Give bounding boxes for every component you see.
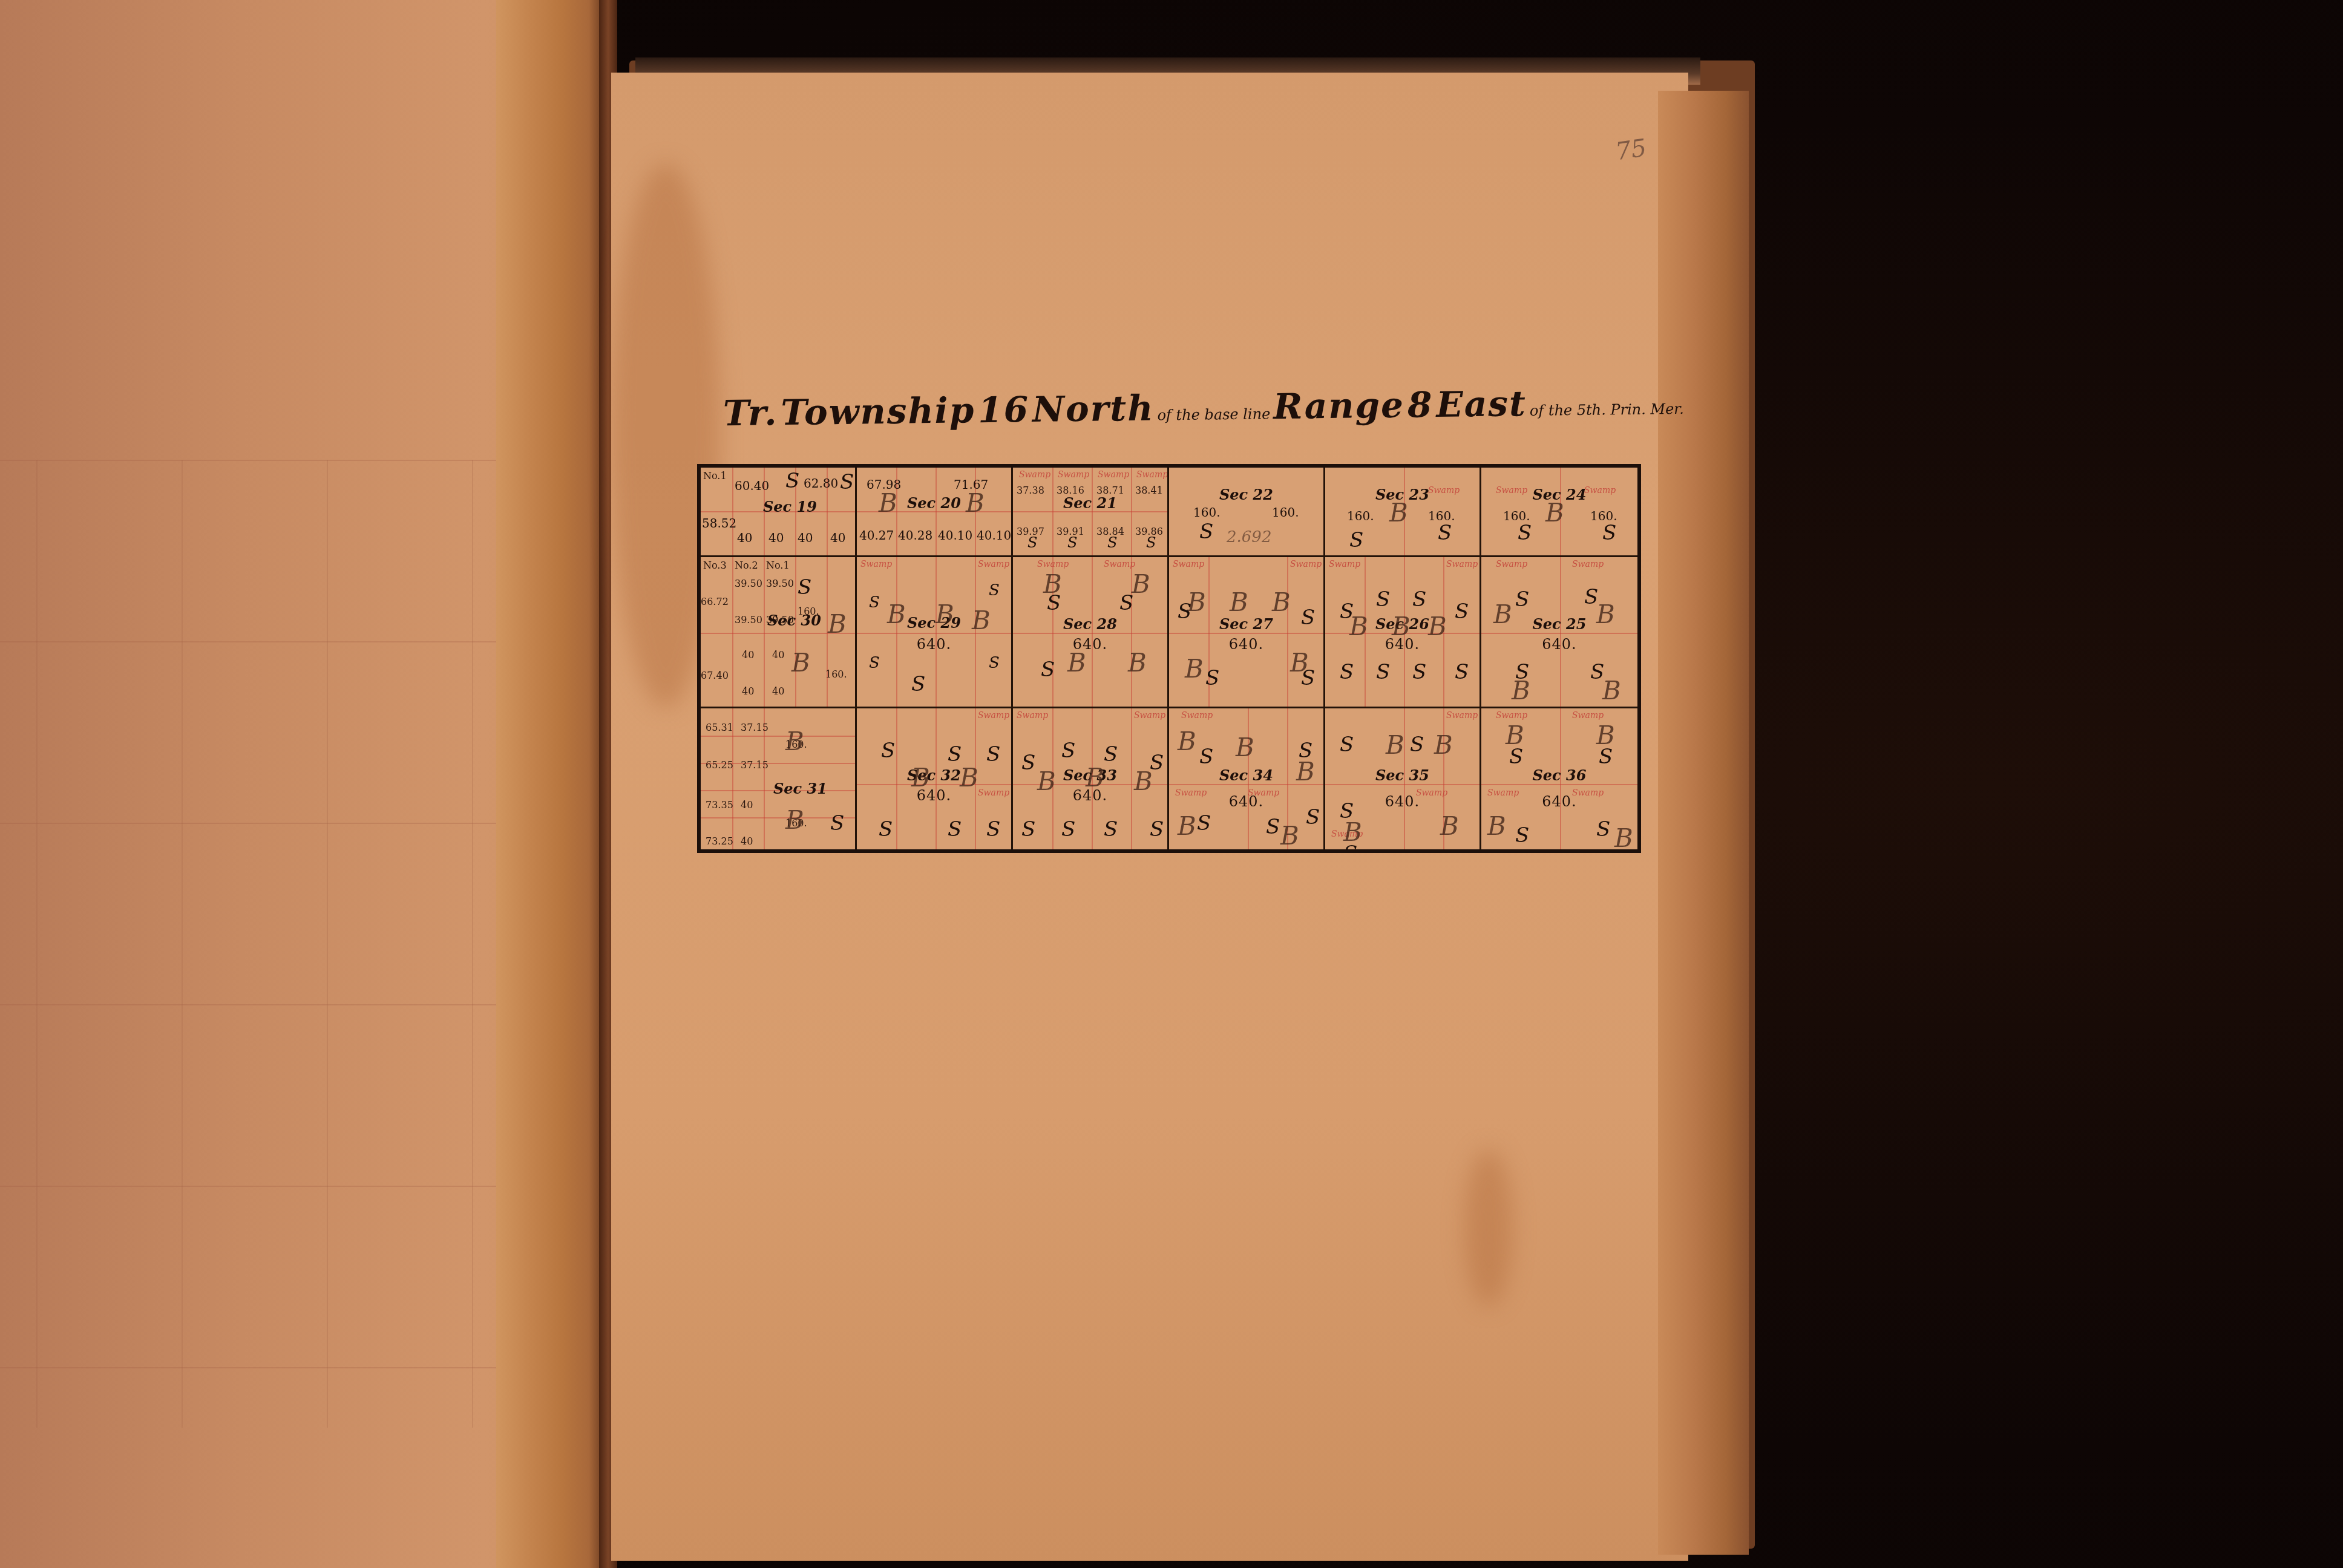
lot-label: No.1 [766, 560, 790, 571]
title-range-number: 8 [1407, 384, 1434, 426]
b-mark-icon: B [887, 599, 906, 629]
s-mark-icon: S [1518, 521, 1532, 545]
lot-acres: 37.15 [741, 722, 768, 733]
swamp-label: Swamp [1572, 711, 1604, 720]
lot-acres: 39.50 [735, 578, 762, 589]
b-mark-icon: B [1178, 727, 1196, 756]
s-mark-icon: S [986, 742, 1000, 766]
b-mark-icon: B [1067, 648, 1086, 678]
s-mark-icon: S [840, 470, 854, 494]
s-mark-icon: S [1178, 599, 1191, 624]
b-mark-icon: B [972, 606, 991, 635]
title-of-base-line: of the base line [1157, 405, 1270, 423]
title-of-meridian: of the 5th. Prin. Mer. [1530, 400, 1684, 419]
b-mark-icon: B [966, 488, 985, 518]
title-township-word: Township [781, 390, 975, 433]
township-plat-grid: No.1 58.52 60.40 62.80 40 40 40 40 Sec 1… [697, 464, 1641, 853]
b-mark-icon: B [1128, 648, 1147, 678]
section-acres: 640. [857, 636, 1011, 653]
section-33: Swamp Swamp Sec 33 640. S S S S B B B S … [1013, 708, 1169, 849]
b-mark-icon: B [911, 763, 930, 792]
b-mark-icon: B [828, 609, 847, 639]
section-27: Swamp Swamp Sec 27 640. B B B S S B S B … [1169, 557, 1325, 708]
swamp-label: Swamp [1428, 486, 1460, 495]
swamp-label: Swamp [1572, 560, 1604, 569]
section-35: Swamp Swamp Swamp Sec 35 640. S B S B S … [1325, 708, 1481, 849]
section-29: Swamp Swamp Sec 29 640. B B B S S S S S [857, 557, 1013, 708]
s-mark-icon: S [986, 817, 1000, 841]
b-mark-icon: B [1392, 612, 1411, 641]
b-mark-icon: B [1236, 733, 1254, 762]
s-mark-icon: S [1199, 520, 1213, 544]
b-mark-icon: B [1545, 498, 1564, 528]
s-mark-icon: S [1455, 660, 1469, 684]
b-mark-icon: B [1512, 676, 1530, 705]
b-mark-icon: B [785, 727, 804, 756]
b-mark-icon: B [1389, 498, 1408, 528]
lot-acres: 40 [742, 685, 754, 697]
swamp-label: Swamp [1017, 711, 1048, 720]
title-east: East [1436, 383, 1527, 425]
title-prefix: Tr. [723, 392, 778, 434]
lot-acres: 39.50 [735, 614, 762, 626]
section-25: Swamp Swamp Sec 25 640. S S B B S S B B [1481, 557, 1637, 708]
lot-label: No.1 [703, 470, 727, 482]
swamp-label: Swamp [1104, 560, 1135, 569]
b-mark-icon: B [879, 488, 897, 518]
section-label: Sec 27 [1169, 615, 1323, 633]
lot-acres: 40 [768, 531, 784, 545]
lot-acres: 160. [825, 668, 847, 680]
b-mark-icon: B [1280, 821, 1299, 849]
s-mark-icon: S [1340, 660, 1354, 684]
lot-acres: 40 [798, 531, 813, 545]
s-mark-icon: S [1199, 745, 1213, 769]
section-label: Sec 32 [857, 766, 1011, 784]
b-mark-icon: B [936, 599, 954, 629]
lot-acres: 39.50 [766, 578, 794, 589]
page-number: 75 [1614, 134, 1648, 166]
section-acres: 640. [857, 787, 1011, 804]
s-mark-icon: S [1343, 841, 1357, 849]
swamp-label: Swamp [1173, 560, 1204, 569]
b-mark-icon: B [1178, 811, 1196, 841]
section-34: Swamp Swamp Swamp Sec 34 640. B S B S B … [1169, 708, 1325, 849]
b-mark-icon: B [1185, 654, 1204, 684]
title-township-number: 16 [978, 389, 1030, 431]
s-mark-icon: S [1340, 733, 1354, 757]
lot-acres: 40 [772, 685, 784, 697]
lot-acres: 40 [772, 649, 784, 661]
swamp-label: Swamp [1037, 560, 1069, 569]
quarter-acres: 160. [1272, 505, 1299, 520]
b-mark-icon: B [1596, 599, 1615, 629]
left-page-faint-grid [0, 460, 496, 1428]
section-21: Swamp Swamp Swamp Swamp 37.38 38.16 38.7… [1013, 468, 1169, 557]
s-mark-icon: S [1021, 817, 1035, 841]
pencil-note: 2.692 [1227, 528, 1271, 546]
swamp-label: Swamp [1019, 470, 1050, 480]
b-mark-icon: B [960, 763, 978, 792]
s-mark-icon: S [1376, 587, 1390, 612]
water-stain [1464, 1149, 1513, 1307]
s-mark-icon: S [785, 469, 799, 493]
section-label: Sec 35 [1325, 766, 1480, 784]
s-mark-icon: S [1067, 534, 1077, 551]
s-mark-icon: S [830, 811, 844, 835]
b-mark-icon: B [1134, 766, 1153, 796]
s-mark-icon: S [1412, 587, 1426, 612]
swamp-label: Swamp [1446, 711, 1478, 720]
section-30: No.3 No.2 No.1 66.72 39.50 39.50 160. 39… [701, 557, 857, 708]
b-mark-icon: B [785, 805, 804, 835]
s-mark-icon: S [1104, 817, 1118, 841]
s-mark-icon: S [1349, 528, 1363, 552]
lot-acres: 40 [741, 835, 753, 847]
section-acres: 640. [1481, 636, 1637, 653]
section-label: Sec 28 [1013, 615, 1167, 633]
b-mark-icon: B [1132, 569, 1150, 599]
lot-acres: 40.10 [938, 528, 972, 543]
title-north: North [1032, 388, 1155, 430]
section-label: Sec 22 [1169, 486, 1323, 503]
lot-acres: 40 [830, 531, 845, 545]
s-mark-icon: S [1306, 805, 1320, 829]
swamp-label: Swamp [1446, 560, 1478, 569]
b-mark-icon: B [1037, 766, 1056, 796]
section-24: Swamp Swamp Sec 24 160. 160. B S S [1481, 468, 1637, 557]
left-page-bleed-through-title [6, 363, 478, 411]
s-mark-icon: S [1197, 811, 1211, 835]
s-mark-icon: S [989, 654, 1000, 672]
swamp-label: Swamp [1496, 711, 1527, 720]
s-mark-icon: S [879, 817, 893, 841]
b-mark-icon: B [1230, 587, 1248, 617]
s-mark-icon: S [881, 739, 895, 763]
s-mark-icon: S [989, 581, 1000, 599]
s-mark-icon: S [1104, 742, 1118, 766]
b-mark-icon: B [791, 648, 810, 678]
swamp-label: Swamp [1329, 560, 1360, 569]
s-mark-icon: S [1515, 823, 1529, 848]
swamp-label: Swamp [1290, 560, 1322, 569]
section-label: Sec 19 [725, 498, 855, 515]
s-mark-icon: S [798, 575, 811, 599]
lot-acres: 73.35 [706, 799, 733, 811]
swamp-label: Swamp [1058, 470, 1089, 480]
lot-acres: 66.72 [701, 596, 729, 607]
section-label: Sec 36 [1481, 766, 1637, 784]
s-mark-icon: S [1599, 745, 1613, 769]
b-mark-icon: B [1272, 587, 1291, 617]
s-mark-icon: S [1515, 587, 1529, 612]
section-19: No.1 58.52 60.40 62.80 40 40 40 40 Sec 1… [701, 468, 857, 557]
lot-acres: 73.25 [706, 835, 733, 847]
s-mark-icon: S [1107, 534, 1117, 551]
section-acres: 640. [1481, 793, 1637, 810]
b-mark-icon: B [1440, 811, 1459, 841]
right-page-fore-edge [1658, 91, 1749, 1555]
s-mark-icon: S [948, 817, 962, 841]
s-mark-icon: S [1061, 739, 1075, 763]
b-mark-icon: B [1602, 676, 1621, 705]
s-mark-icon: S [911, 672, 925, 696]
s-mark-icon: S [1412, 660, 1426, 684]
swamp-label: Swamp [1134, 711, 1165, 720]
section-acres: 640. [1169, 793, 1323, 810]
swamp-label: Swamp [978, 711, 1009, 720]
b-mark-icon: B [1428, 612, 1447, 641]
lot-acres: 40.10 [977, 528, 1011, 543]
s-mark-icon: S [1027, 534, 1037, 551]
b-mark-icon: B [1296, 757, 1315, 786]
s-mark-icon: S [869, 654, 880, 672]
left-page-gutter-stain [496, 0, 605, 1568]
s-mark-icon: S [1205, 666, 1219, 690]
lot-acres: 65.31 [706, 722, 733, 733]
section-label: Sec 21 [1013, 494, 1167, 512]
s-mark-icon: S [1596, 817, 1610, 841]
lot-acres: 65.25 [706, 759, 733, 771]
s-mark-icon: S [1301, 606, 1315, 630]
s-mark-icon: S [1376, 660, 1390, 684]
b-mark-icon: B [1493, 599, 1512, 629]
s-mark-icon: S [1146, 534, 1156, 551]
s-mark-icon: S [1041, 658, 1055, 682]
lot-acres: 40 [741, 799, 753, 811]
s-mark-icon: S [869, 593, 880, 612]
b-mark-icon: B [1386, 730, 1404, 760]
section-label: Sec 31 [773, 780, 827, 797]
b-mark-icon: B [1487, 811, 1506, 841]
b-mark-icon: B [1614, 823, 1633, 849]
b-mark-icon: B [1349, 612, 1368, 641]
lot-acres: 40 [742, 649, 754, 661]
s-mark-icon: S [1301, 666, 1315, 690]
lot-acres: 60.40 [735, 479, 769, 493]
s-mark-icon: S [1410, 733, 1424, 757]
b-mark-icon: B [1434, 730, 1453, 760]
s-mark-icon: S [1509, 745, 1523, 769]
swamp-label: Swamp [1098, 470, 1129, 480]
quarter-acres: 160. [1347, 509, 1374, 523]
lot-acres: 58.52 [702, 516, 736, 531]
s-mark-icon: S [1061, 817, 1075, 841]
s-mark-icon: S [1455, 599, 1469, 624]
section-28: Swamp Swamp Sec 28 640. B B S S S B B [1013, 557, 1169, 708]
section-23: Sec 23 Swamp 160. 160. B S S [1325, 468, 1481, 557]
swamp-label: Swamp [1496, 560, 1527, 569]
lot-acres: 40.28 [898, 528, 932, 543]
s-mark-icon: S [1119, 591, 1133, 615]
swamp-label: Swamp [1181, 711, 1213, 720]
s-mark-icon: S [1602, 521, 1616, 545]
title-range-word: Range [1273, 385, 1405, 428]
s-mark-icon: S [1047, 591, 1061, 615]
s-mark-icon: S [1021, 751, 1035, 775]
section-26: Swamp Swamp Sec 26 640. S S S S B B B S … [1325, 557, 1481, 708]
section-32: Swamp Swamp Sec 32 640. S S S B B S S S [857, 708, 1013, 849]
quarter-acres: 160. [1193, 505, 1221, 520]
section-36: Swamp Swamp Swamp Swamp Sec 36 640. B B … [1481, 708, 1637, 849]
section-20: 67.98 71.67 40.27 40.28 40.10 40.10 Sec … [857, 468, 1013, 557]
lot-label: No.2 [735, 560, 758, 571]
swamp-label: Swamp [860, 560, 892, 569]
lot-acres: 40.27 [859, 528, 894, 543]
lot-acres: 62.80 [804, 476, 838, 491]
section-22: Sec 22 160. 160. 2.692 S [1169, 468, 1325, 557]
s-mark-icon: S [1438, 521, 1452, 545]
swamp-label: Swamp [978, 560, 1009, 569]
lot-acres: 37.15 [741, 759, 768, 771]
swamp-label: Swamp [1136, 470, 1168, 480]
lot-label: No.3 [703, 560, 727, 571]
s-mark-icon: S [1150, 817, 1164, 841]
lot-acres: 67.40 [701, 670, 729, 681]
s-mark-icon: S [1266, 815, 1280, 839]
b-mark-icon: B [1086, 763, 1104, 792]
section-label: Sec 30 [767, 612, 821, 629]
lot-acres: 40 [737, 531, 752, 545]
section-31: 65.31 37.15 160. 65.25 37.15 73.35 40 16… [701, 708, 857, 849]
